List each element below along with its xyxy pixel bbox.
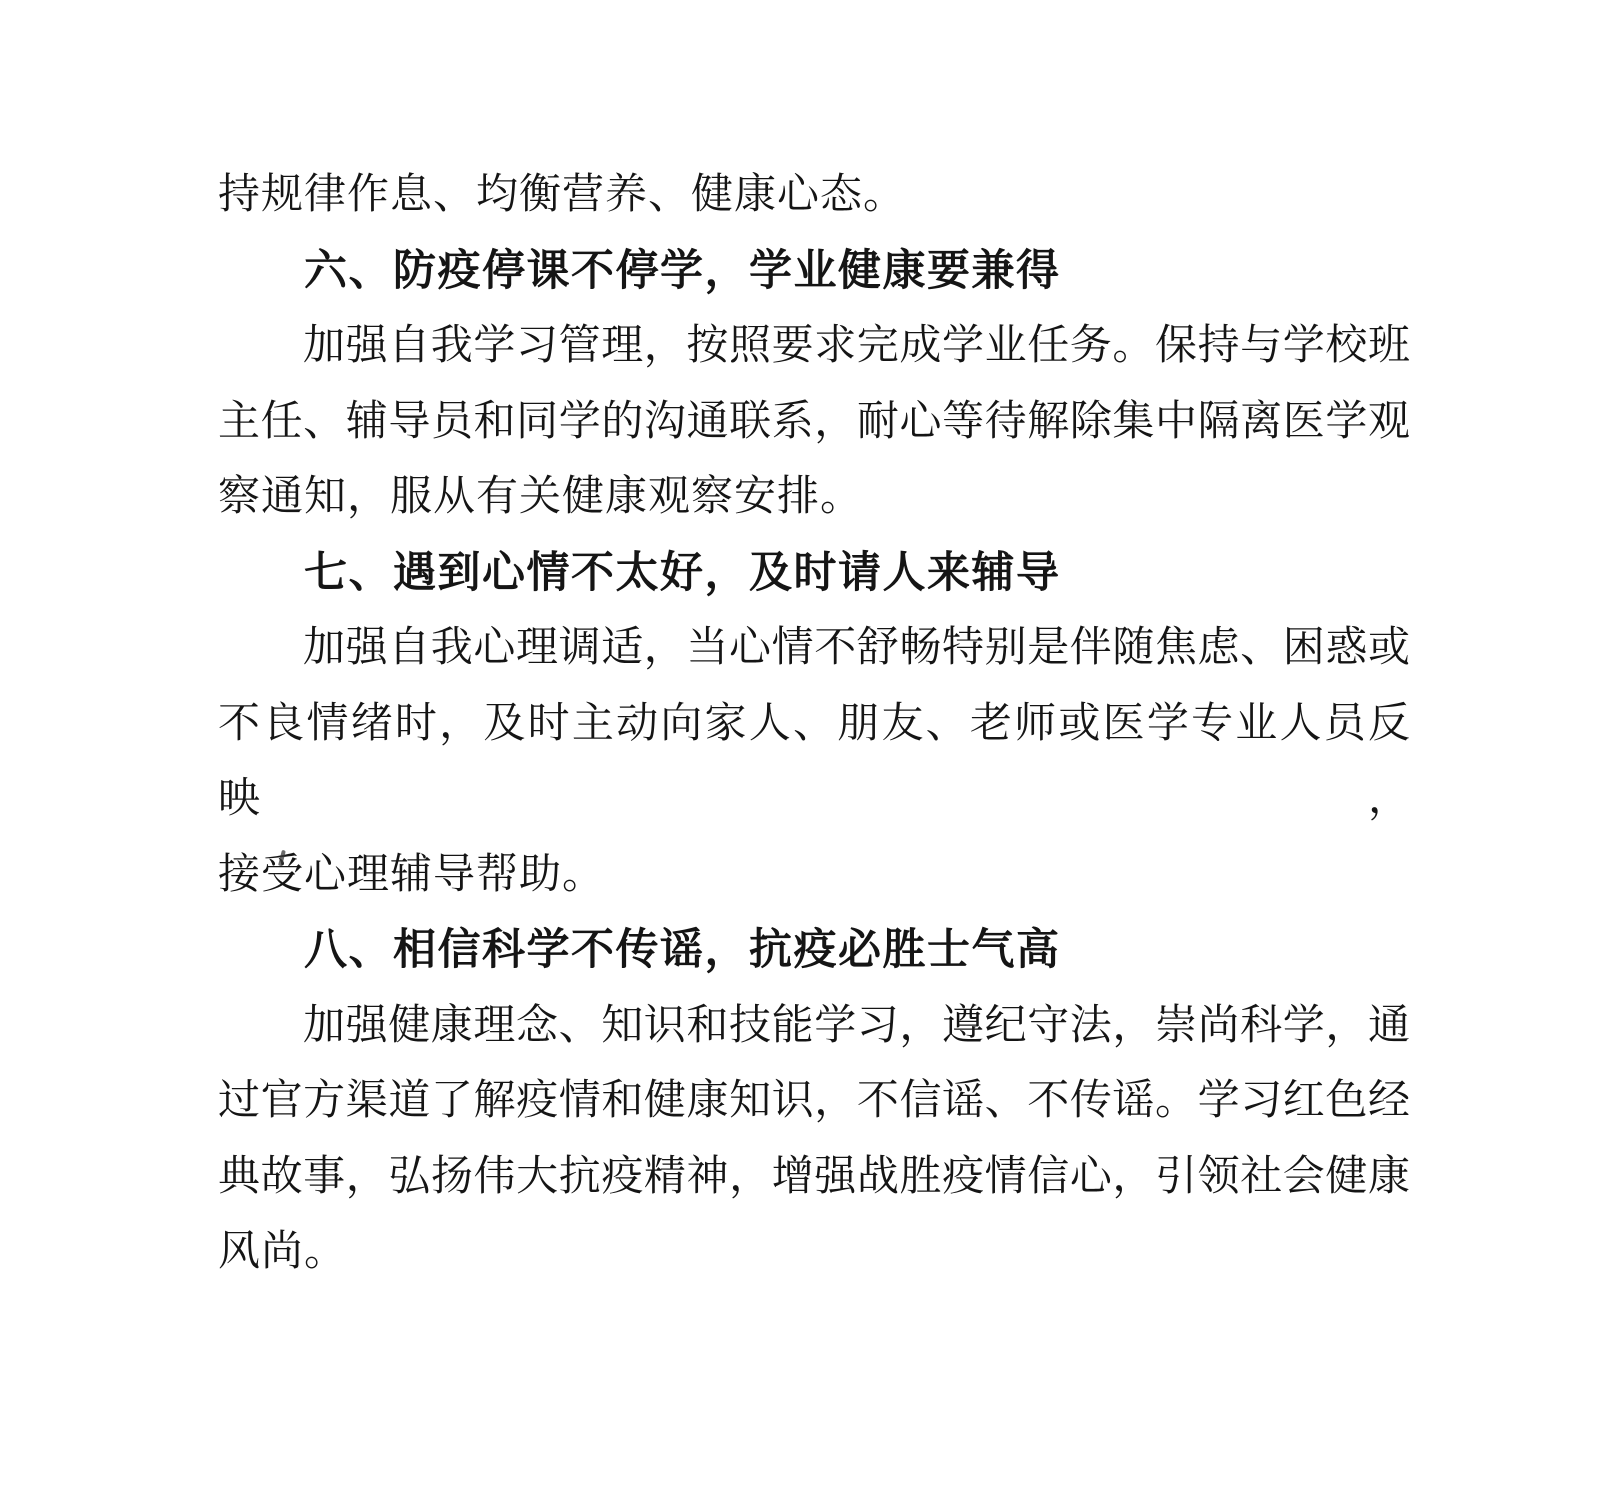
paragraph-line: 接受心理辅导帮助。 <box>218 838 1410 914</box>
paragraph-line: 不良情绪时，及时主动向家人、朋友、老师或医学专业人员反映， <box>218 687 1410 838</box>
paragraph-continued-line: 持规律作息、均衡营养、健康心态。 <box>218 158 1410 234</box>
paragraph-line: 加强健康理念、知识和技能学习，遵纪守法，崇尚科学，通 <box>218 989 1410 1065</box>
scanned-document-page: 持规律作息、均衡营养、健康心态。 六、防疫停课不停学，学业健康要兼得 加强自我学… <box>0 0 1600 1509</box>
paragraph-line: 过官方渠道了解疫情和健康知识，不信谣、不传谣。学习红色经 <box>218 1064 1410 1140</box>
paragraph-line: 察通知，服从有关健康观察安排。 <box>218 460 1410 536</box>
document-text-block: 持规律作息、均衡营养、健康心态。 六、防疫停课不停学，学业健康要兼得 加强自我学… <box>218 158 1410 1291</box>
section-heading-7: 七、遇到心情不太好，及时请人来辅导 <box>218 536 1410 612</box>
section-heading-6: 六、防疫停课不停学，学业健康要兼得 <box>218 234 1410 310</box>
section-heading-8: 八、相信科学不传谣，抗疫必胜士气高 <box>218 913 1410 989</box>
paragraph-line: 加强自我心理调适，当心情不舒畅特别是伴随焦虑、困惑或 <box>218 611 1410 687</box>
paragraph-line: 风尚。 <box>218 1215 1410 1291</box>
paragraph-line: 加强自我学习管理，按照要求完成学业任务。保持与学校班 <box>218 309 1410 385</box>
paragraph-line: 主任、辅导员和同学的沟通联系，耐心等待解除集中隔离医学观 <box>218 385 1410 461</box>
paragraph-line: 典故事，弘扬伟大抗疫精神，增强战胜疫情信心，引领社会健康 <box>218 1140 1410 1216</box>
